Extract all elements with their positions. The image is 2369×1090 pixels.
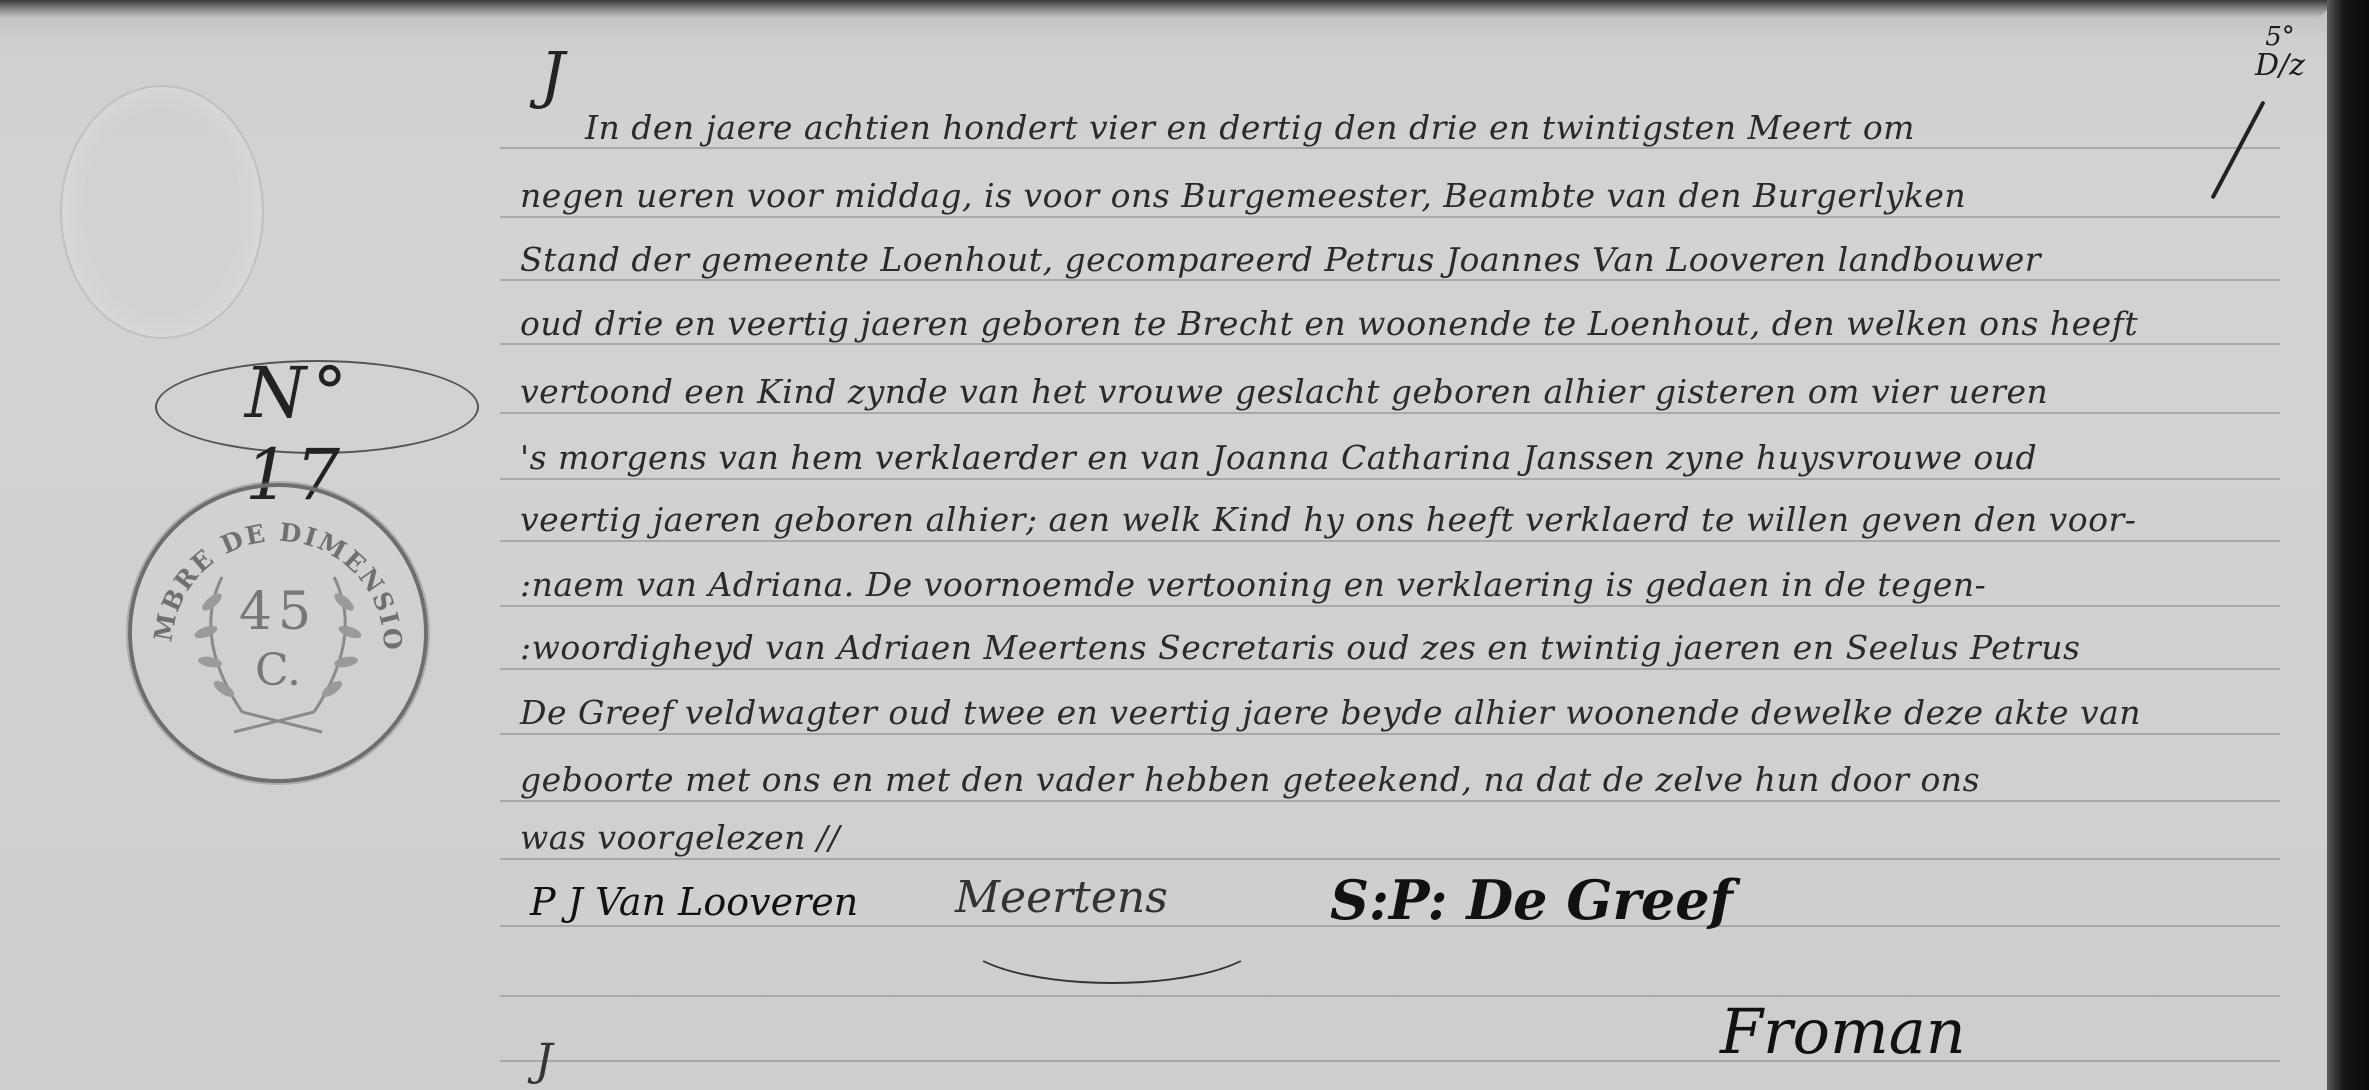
signature-mayor: Froman [1720,995,1966,1068]
next-entry-initial: J [535,1035,553,1086]
body-line: Stand der gemeente Loenhout, gecompareer… [520,240,2041,279]
ruled-line [500,800,2280,802]
body-line: De Greef veldwagter oud twee en veertig … [520,693,2141,732]
ruled-line [500,279,2280,281]
body-line: In den jaere achtien hondert vier en der… [585,108,1915,147]
record-number-oval: N° 17 [155,360,479,454]
ruled-line [500,733,2280,735]
ruled-line [500,995,2280,997]
signature-witness: S:P: De Greef [1330,868,1733,932]
ruled-line [500,605,2280,607]
register-page: 5° D/z J N° 17 TIMBRE DE DIMENSION [0,0,2330,1090]
body-line: oud drie en veertig jaeren geboren te Br… [520,304,2138,343]
folio-marker: 5° D/z [2255,22,2305,83]
folio-slash-stroke [2210,100,2265,199]
book-binding-edge [2327,0,2369,1090]
body-line: was voorgelezen // [520,818,840,857]
body-line: vertoond een Kind zynde van het vrouwe g… [520,372,2048,411]
folio-reference: D/z [2255,48,2305,83]
ruled-line [500,343,2280,345]
signature-father: P J Van Looveren [530,880,858,924]
signature-flourish [960,890,1264,984]
body-line: :woordigheyd van Adriaen Meertens Secret… [520,628,2080,667]
ruled-line [500,1060,2280,1062]
body-line: 's morgens van hem verklaerder en van Jo… [520,438,2037,477]
stamp-unit: C. [132,645,424,696]
body-line: negen ueren voor middag, is voor ons Bur… [520,176,1966,215]
tax-stamp: TIMBRE DE DIMENSION 45 C. [128,483,428,783]
ruled-line [500,540,2280,542]
embossed-seal-mark [60,85,264,339]
ruled-line [500,478,2280,480]
ruled-line [500,216,2280,218]
stamp-value: 45 [132,582,424,642]
ruled-line [500,147,2280,149]
ruled-line [500,412,2280,414]
entry-initial: J [540,38,565,111]
ruled-line [500,858,2280,860]
ruled-line [500,668,2280,670]
body-line: :naem van Adriana. De voornoemde vertoon… [520,565,1986,604]
body-line: veertig jaeren geboren alhier; aen welk … [520,500,2136,539]
body-line: geboorte met ons en met den vader hebben… [520,760,1980,799]
